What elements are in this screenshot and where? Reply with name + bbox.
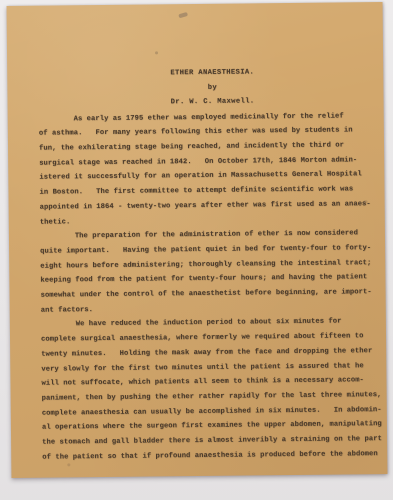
text-line: of the patient so that if profound anaes… <box>42 447 387 465</box>
document-body: As early as 1795 ether was employed medi… <box>8 108 388 465</box>
title-block: ETHER ANAESTHESIA. by Dr. W. C. Maxwell. <box>24 2 393 112</box>
photograph-background: ETHER ANAESTHESIA. by Dr. W. C. Maxwell.… <box>0 0 393 500</box>
document-page: ETHER ANAESTHESIA. by Dr. W. C. Maxwell.… <box>7 2 388 478</box>
